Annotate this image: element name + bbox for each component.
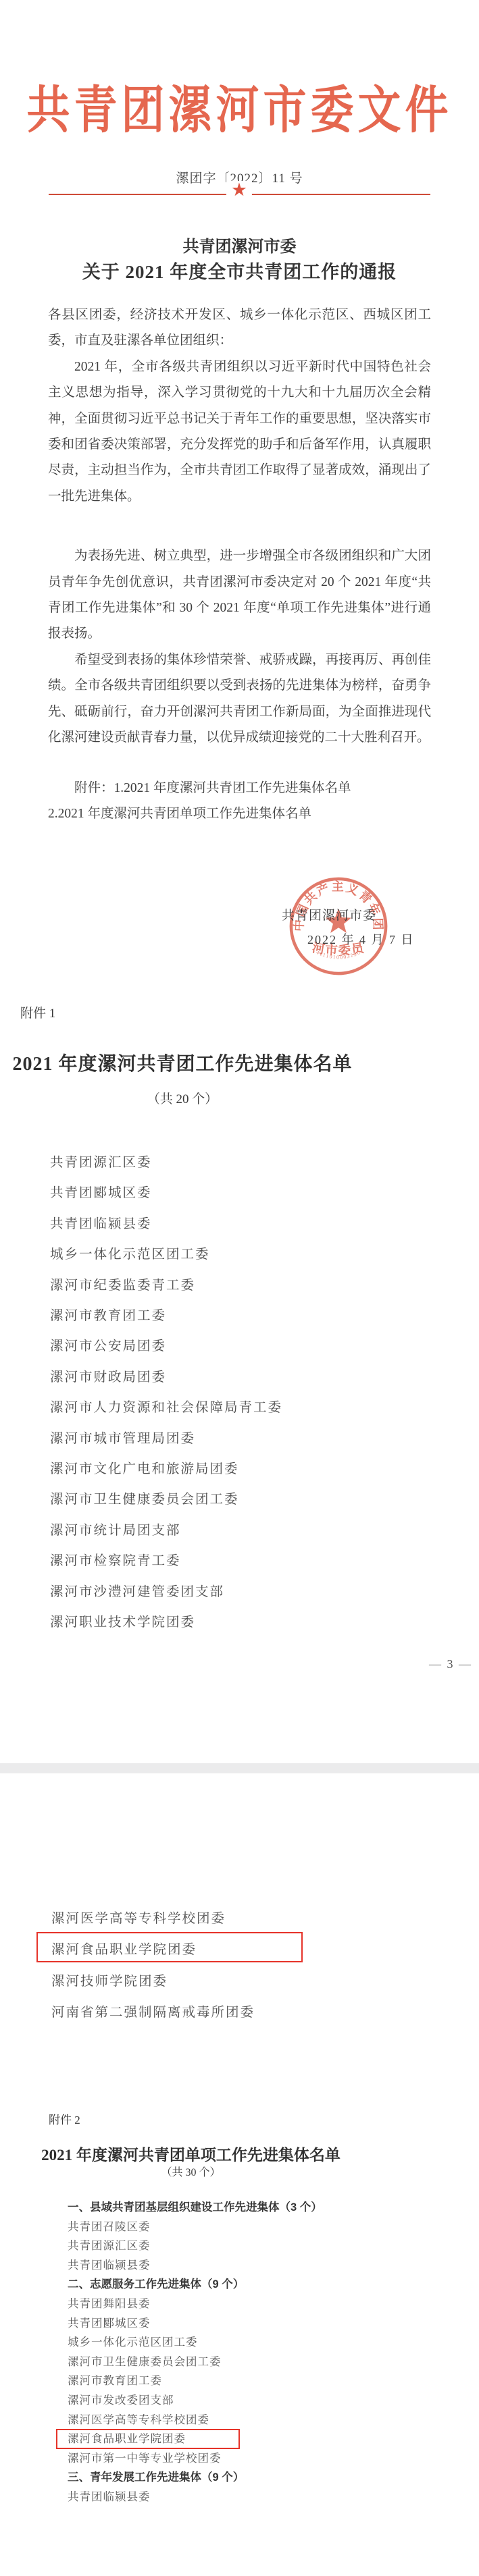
list-item: 漯河市文化广电和旅游局团委 bbox=[50, 1454, 428, 1484]
page-divider bbox=[0, 1763, 479, 1773]
official-stamp: 中国共产主义青年团 漯河市委员会 4111010003230 bbox=[286, 874, 390, 978]
list-item: 漯河职业技术学院团委 bbox=[50, 1607, 428, 1638]
salutation: 各县区团委，经济技术开发区、城乡一体化示范区、西城区团工委，市直及驻漯各单位团组… bbox=[48, 302, 431, 354]
list-item: 共青团临颍县委 bbox=[50, 1209, 428, 1239]
list-item: 共青团临颍县委 bbox=[68, 2256, 446, 2276]
highlight-box bbox=[56, 2429, 240, 2449]
list-item: 漯河医学高等专科学校团委 bbox=[68, 2411, 446, 2430]
list-item: 共青团郾城区委 bbox=[68, 2314, 446, 2334]
paragraph: 希望受到表扬的集体珍惜荣誉、戒骄戒躁，再接再厉、再创佳绩。全市各级共青团组织要以… bbox=[48, 647, 431, 751]
list-item: 漯河市第一中等专业学校团委 bbox=[68, 2449, 446, 2469]
attachment1-title: 2021 年度漯河共青团工作先进集体名单 bbox=[0, 1049, 365, 1076]
page-number: — 3 — bbox=[429, 1657, 472, 1671]
section-heading: 三、青年发展工作先进集体（9 个） bbox=[68, 2468, 446, 2488]
doc-heading-line2: 关于 2021 年度全市共青团工作的通报 bbox=[0, 257, 479, 284]
list-item: 漯河市城市管理局团委 bbox=[50, 1424, 428, 1454]
attachment1-subtitle: （共 20 个） bbox=[0, 1089, 365, 1107]
list-item: 漯河市财政局团委 bbox=[50, 1362, 428, 1393]
attachment1-label: 附件 1 bbox=[20, 1003, 55, 1021]
list-item: 漯河市教育团工委 bbox=[50, 1301, 428, 1331]
list-item: 漯河市卫生健康委员会团工委 bbox=[50, 1484, 428, 1515]
list-item: 共青团源汇区委 bbox=[68, 2236, 446, 2256]
attachments-note-line2: 2.2021 年度漯河共青团单项工作先进集体名单 bbox=[48, 801, 431, 827]
list-item: 共青团临颍县委 bbox=[68, 2488, 446, 2507]
list-item: 漯河市检察院青工委 bbox=[50, 1546, 428, 1576]
attachment2-title: 2021 年度漯河共青团单项工作先进集体名单 bbox=[0, 2143, 382, 2165]
list-item: 河南省第二强制隔离戒毒所团委 bbox=[51, 1997, 457, 2029]
section-heading: 一、县域共青团基层组织建设工作先进集体（3 个） bbox=[68, 2198, 446, 2218]
list-item: 漯河市公安局团委 bbox=[50, 1331, 428, 1362]
list-item: 共青团源汇区委 bbox=[50, 1148, 428, 1178]
scanned-document: { "header": { "banner": "共青团漯河市委文件", "do… bbox=[0, 0, 479, 2576]
list-item: 共青团舞阳县委 bbox=[68, 2295, 446, 2314]
list-item: 漯河医学高等专科学校团委 bbox=[51, 1904, 457, 1935]
attachments-note-line1: 附件：1.2021 年度漯河共青团工作先进集体名单 bbox=[48, 776, 431, 801]
list-item: 漯河市沙澧河建管委团支部 bbox=[50, 1577, 428, 1607]
attachment1-list: 共青团源汇区委共青团郾城区委共青团临颍县委城乡一体化示范区团工委漯河市纪委监委青… bbox=[50, 1148, 428, 1638]
signature-org: 共青团漯河市委 bbox=[282, 905, 376, 923]
list-item: 城乡一体化示范区团工委 bbox=[50, 1239, 428, 1270]
attachment2-subtitle: （共 30 个） bbox=[0, 2164, 382, 2179]
list-item: 漯河市统计局团支部 bbox=[50, 1515, 428, 1546]
list-item: 漯河市卫生健康委员会团工委 bbox=[68, 2353, 446, 2372]
doc-heading-line1: 共青团漯河市委 bbox=[0, 233, 479, 257]
banner-title: 共青团漯河市委文件 bbox=[0, 70, 479, 143]
star-icon: ★ bbox=[226, 181, 252, 199]
list-item: 漯河市人力资源和社会保障局青工委 bbox=[50, 1393, 428, 1423]
attachment2-list: 一、县域共青团基层组织建设工作先进集体（3 个）共青团召陵区委共青团源汇区委共青… bbox=[68, 2198, 446, 2507]
section-heading: 二、志愿服务工作先进集体（9 个） bbox=[68, 2275, 446, 2295]
list-item: 漯河市教育团工委 bbox=[68, 2371, 446, 2391]
list-item: 共青团郾城区委 bbox=[50, 1178, 428, 1208]
list-item: 漯河市发改委团支部 bbox=[68, 2391, 446, 2411]
paragraph: 2021 年，全市各级共青团组织以习近平新时代中国特色社会主义思想为指导，深入学… bbox=[48, 354, 431, 510]
list-item: 共青团召陵区委 bbox=[68, 2218, 446, 2237]
highlight-box bbox=[36, 1932, 303, 1962]
attachment1-continued-list: 漯河医学高等专科学校团委漯河食品职业学院团委漯河技师学院团委河南省第二强制隔离戒… bbox=[51, 1904, 457, 2029]
list-item: 城乡一体化示范区团工委 bbox=[68, 2333, 446, 2353]
list-item: 漯河技师学院团委 bbox=[51, 1966, 457, 1997]
paragraph: 为表扬先进、树立典型，进一步增强全市各级团组织和广大团员青年争先创优意识，共青团… bbox=[48, 543, 431, 647]
attachment2-label: 附件 2 bbox=[49, 2110, 80, 2127]
signature-date: 2022 年 4 月 7 日 bbox=[307, 930, 415, 948]
document-body: 各县区团委，经济技术开发区、城乡一体化示范区、西城区团工委，市直及驻漯各单位团组… bbox=[48, 302, 431, 827]
list-item: 漯河市纪委监委青工委 bbox=[50, 1270, 428, 1301]
